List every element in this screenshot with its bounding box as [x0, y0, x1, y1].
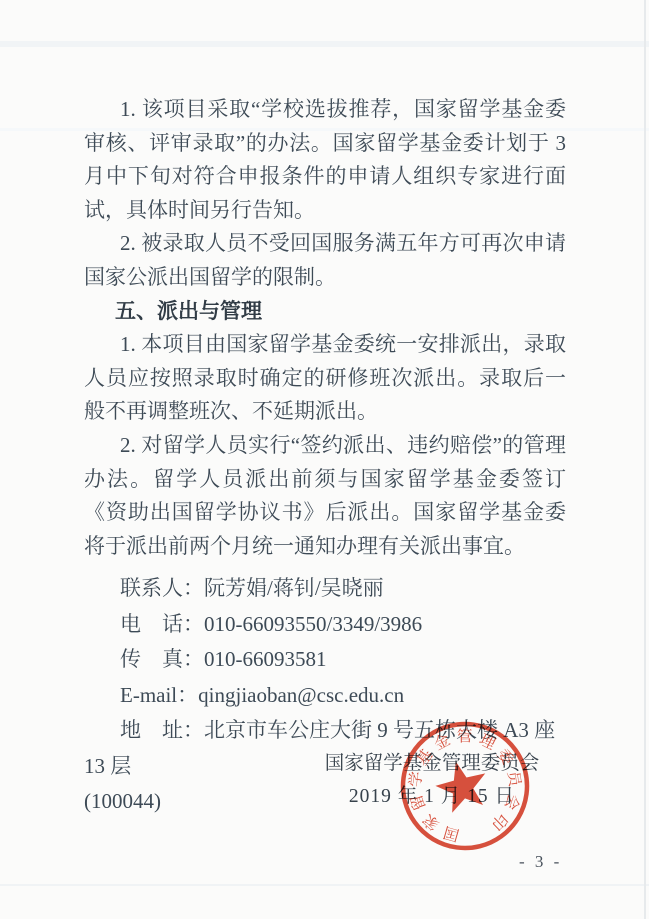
signature-organization: 国家留学基金管理委员会 — [303, 747, 561, 780]
document-body: 1. 该项目采取“学校选拔推荐，国家留学基金委审核、评审录取”的办法。国家留学基… — [84, 93, 566, 820]
contact-line-fax: 传 真：010-66093581 — [84, 642, 566, 678]
paragraph-dispatch-arrange: 1. 本项目由国家留学基金委统一安排派出，录取人员应按照录取时确定的研修班次派出… — [84, 328, 566, 429]
document-page: 1. 该项目采取“学校选拔推荐，国家留学基金委审核、评审录取”的办法。国家留学基… — [0, 0, 649, 919]
contact-line-phone: 电 话：010-66093550/3349/3986 — [84, 607, 566, 643]
contact-line-person: 联系人：阮芳娟/蒋钊/吴晓丽 — [84, 571, 566, 607]
paragraph-selection-method: 1. 该项目采取“学校选拔推荐，国家留学基金委审核、评审录取”的办法。国家留学基… — [84, 93, 566, 227]
contact-line-email: E-mail：qingjiaoban@csc.edu.cn — [84, 678, 566, 714]
scan-artifact-band — [0, 41, 649, 47]
signature-block: 国家留学基金管理委员会 2019 年 1 月 15 日 — [303, 747, 561, 813]
paragraph-reapply-limit: 2. 被录取人员不受回国服务满五年方可再次申请国家公派出国留学的限制。 — [84, 227, 566, 294]
svg-text:国: 国 — [441, 823, 461, 845]
signature-date: 2019 年 1 月 15 日 — [303, 780, 561, 813]
scan-page-edge — [644, 0, 646, 919]
page-number: - 3 - — [519, 852, 562, 872]
scan-artifact-band — [0, 884, 649, 886]
paragraph-agreement: 2. 对留学人员实行“签约派出、违约赔偿”的管理办法。留学人员派出前须与国家留学… — [84, 429, 566, 563]
section-heading-dispatch: 五、派出与管理 — [84, 295, 566, 329]
